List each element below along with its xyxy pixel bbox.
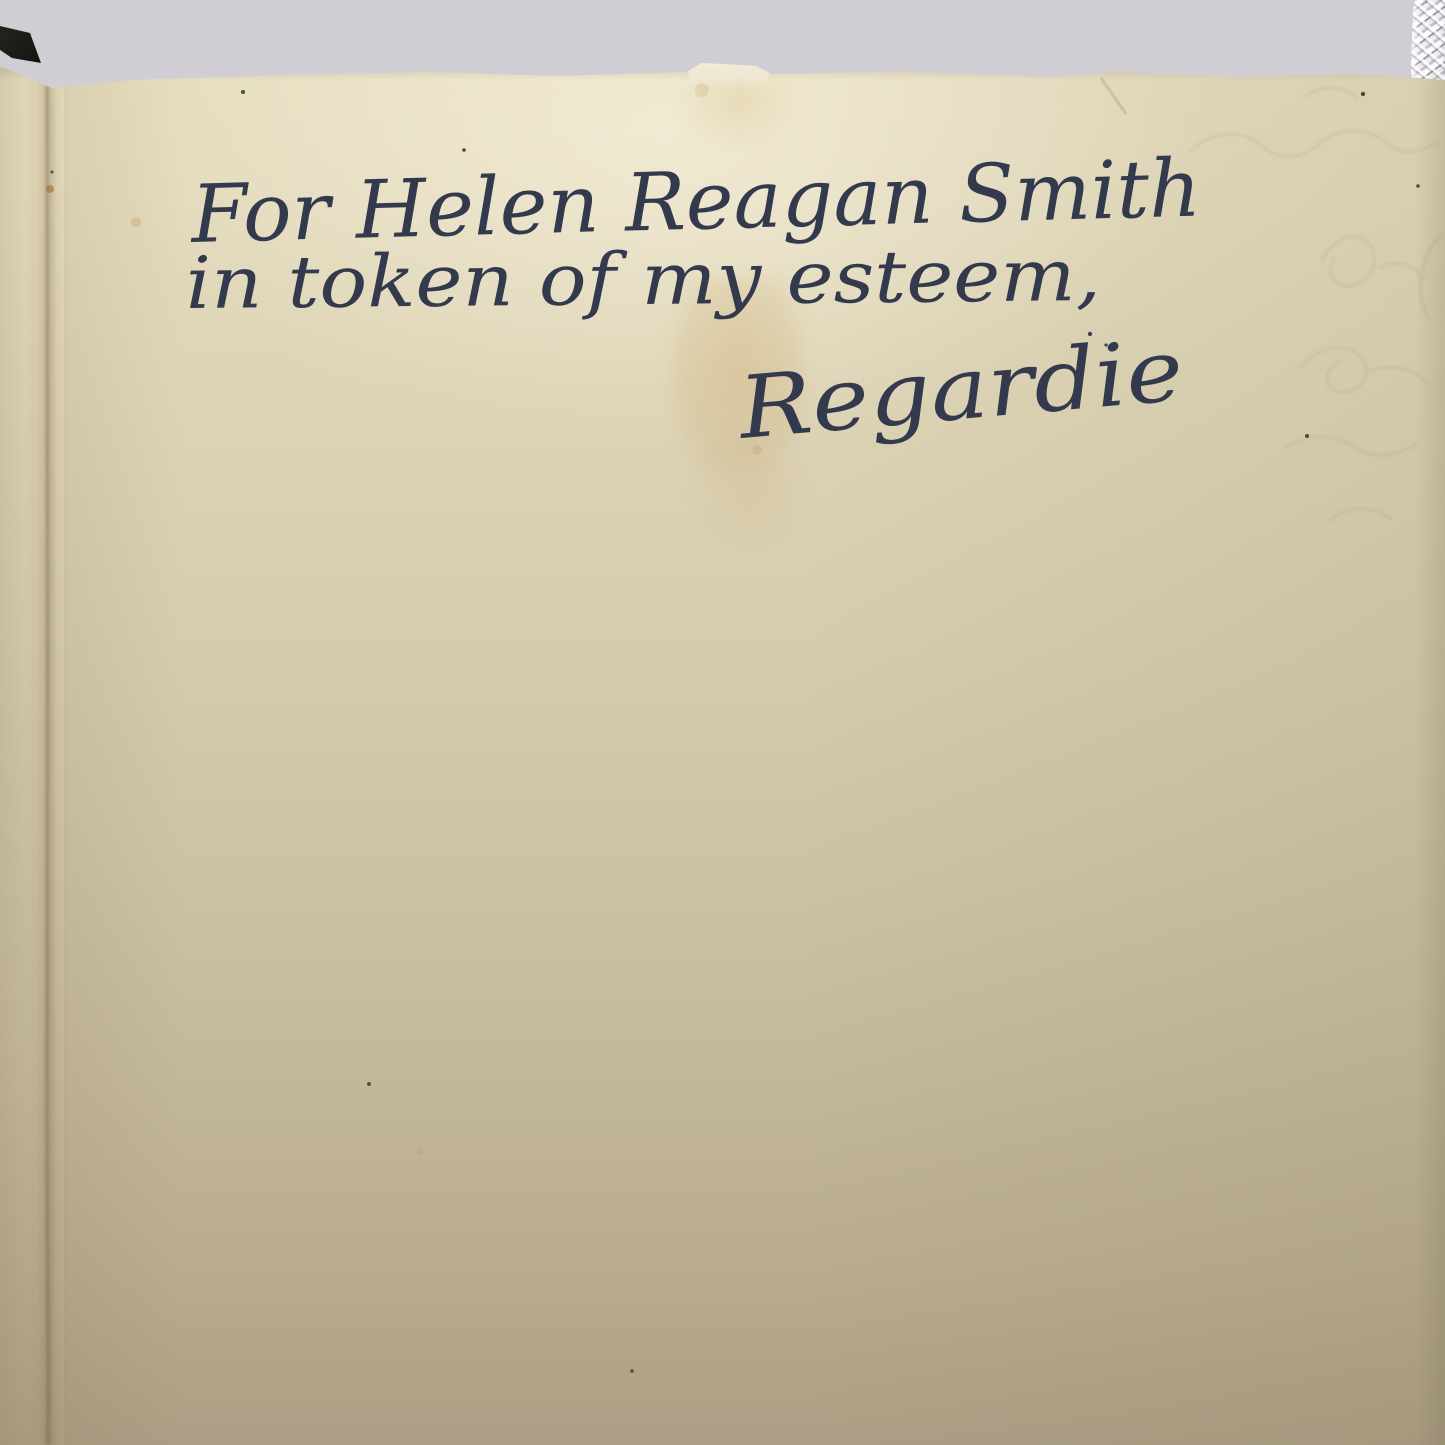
inscription-signature: Regardie <box>733 321 1187 460</box>
book-photo: For Helen Reagan Smith in token of my es… <box>0 0 1445 1445</box>
handwritten-inscription: For Helen Reagan Smith in token of my es… <box>185 142 1202 460</box>
ghost-writing <box>1190 88 1440 520</box>
inscription-line-2: in token of my esteem, <box>185 233 1101 325</box>
ink-and-marks-layer: For Helen Reagan Smith in token of my es… <box>0 0 1445 1445</box>
book-endpaper-page: For Helen Reagan Smith in token of my es… <box>0 0 1445 1445</box>
gutter-crease-line <box>46 86 48 1445</box>
